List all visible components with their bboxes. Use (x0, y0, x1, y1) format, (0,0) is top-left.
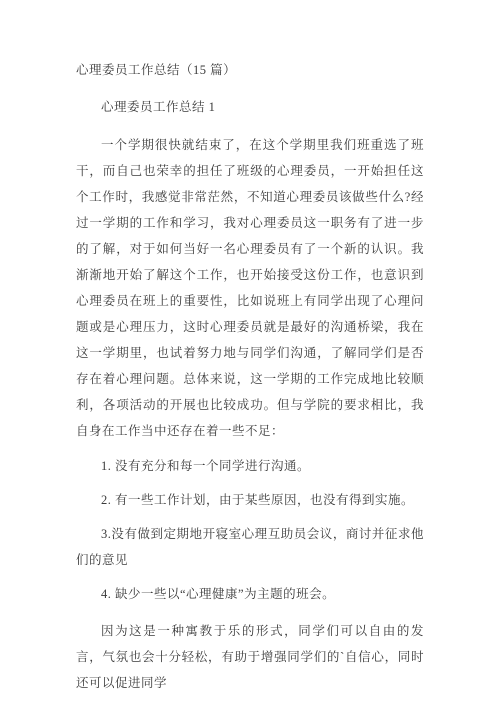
document-page: 心理委员工作总结（15 篇） 心理委员工作总结 1 一个学期很快就结束了，在这个… (0, 0, 500, 707)
document-viewport: 心理委员工作总结（15 篇） 心理委员工作总结 1 一个学期很快就结束了，在这个… (0, 0, 500, 707)
list-item-3: 3.没有做到定期地开寝室心理互助员会议，商讨并征求他们的意见 (76, 521, 424, 573)
list-item-4: 4. 缺少一些以“心理健康”为主题的班会。 (76, 581, 424, 607)
body-paragraph-1: 一个学期很快就结束了，在这个学期里我们班重选了班干，而自己也荣幸的担任了班级的心… (76, 132, 424, 444)
list-item-2: 2. 有一些工作计划，由于某些原因，也没有得到实施。 (76, 487, 424, 513)
document-title: 心理委员工作总结（15 篇） (76, 57, 424, 83)
section-heading: 心理委员工作总结 1 (76, 94, 424, 120)
list-item-1: 1. 没有充分和每一个同学进行沟通。 (76, 453, 424, 479)
body-paragraph-2: 因为这是一种寓教于乐的形式，同学们可以自由的发言，气氛也会十分轻松，有助于增强同… (76, 618, 424, 696)
